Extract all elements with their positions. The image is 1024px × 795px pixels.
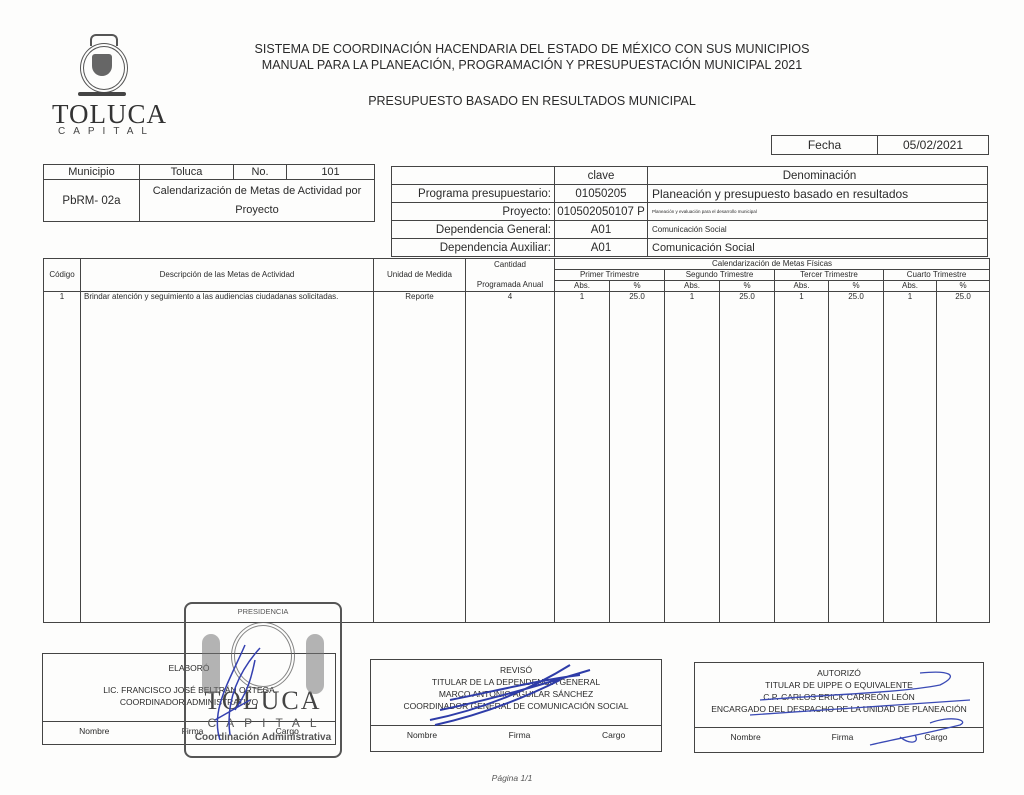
dependencia-auxiliar-row: Dependencia Auxiliar: A01 Comunicación S… [392, 239, 988, 257]
trimestre-3-header: Tercer Trimestre [775, 270, 884, 281]
t3-abs-cell: 1 [775, 292, 829, 623]
header-line-1: SISTEMA DE COORDINACIÓN HACENDARIA DEL E… [20, 42, 1024, 56]
t2-abs-cell: 1 [665, 292, 720, 623]
cantidad-cell: 4 [466, 292, 555, 623]
nombre-label: Nombre [79, 726, 109, 736]
clave-header: clave [555, 167, 648, 185]
no-label: No. [234, 165, 287, 180]
t4-pct-cell: 25.0 [937, 292, 990, 623]
page-number: Página 1/1 [0, 773, 1024, 783]
nombre-label: Nombre [730, 732, 760, 742]
cargo-label: Cargo [602, 730, 625, 740]
t4-abs-cell: 1 [884, 292, 937, 623]
abs-header: Abs. [665, 281, 720, 292]
abs-header: Abs. [884, 281, 937, 292]
t3-pct-cell: 25.0 [829, 292, 884, 623]
table-row: 1 Brindar atención y seguimiento a las a… [44, 292, 990, 623]
descripcion-cell: Brindar atención y seguimiento a las aud… [81, 292, 374, 623]
nombre-label: Nombre [407, 730, 437, 740]
autorizo-name: C.P. CARLOS ERICK CARREÓN LEÓN [695, 691, 983, 703]
abs-header: Abs. [775, 281, 829, 292]
pct-header: % [720, 281, 775, 292]
metas-table: Código Descripción de las Metas de Activ… [43, 258, 990, 623]
stamp-crest-icon [231, 622, 295, 690]
codigo-cell: 1 [44, 292, 81, 623]
header-line-3: PRESUPUESTO BASADO EN RESULTADOS MUNICIP… [20, 94, 1024, 108]
form-code: PbRM- 02a [44, 180, 140, 222]
trimestre-4-header: Cuarto Trimestre [884, 270, 990, 281]
trimestre-2-header: Segundo Trimestre [665, 270, 775, 281]
municipio-label: Municipio [44, 165, 140, 180]
pct-header: % [829, 281, 884, 292]
reviso-name: MARCO ANTONIO AGUILAR SÁNCHEZ [371, 688, 661, 700]
t1-abs-cell: 1 [555, 292, 610, 623]
header-line-2: MANUAL PARA LA PLANEACIÓN, PROGRAMACIÓN … [20, 58, 1024, 72]
autorizo-title: AUTORIZÓ [695, 667, 983, 679]
form-title: Calendarización de Metas de Actividad po… [140, 180, 375, 222]
proyecto-row: Proyecto: 010502050107 P Planeación y ev… [392, 203, 988, 221]
stamp-subtitle: CAPITAL [194, 716, 340, 730]
unidad-cell: Reporte [374, 292, 466, 623]
unidad-header: Unidad de Medida [374, 259, 466, 292]
reviso-box: REVISÓ TITULAR DE LA DEPENDENCIA GENERAL… [370, 659, 662, 752]
dependencia-general-row: Dependencia General: A01 Comunicación So… [392, 221, 988, 239]
no-value: 101 [287, 165, 375, 180]
autorizo-role: ENCARGADO DEL DESPACHO DE LA UNIDAD DE P… [695, 703, 983, 715]
autorizo-line1: TITULAR DE UIPPE O EQUIVALENTE [695, 679, 983, 691]
pct-header: % [937, 281, 990, 292]
municipio-box: Municipio Toluca No. 101 PbRM- 02a Calen… [43, 164, 375, 222]
calendarizacion-header: Calendarización de Metas Físicas [555, 259, 990, 270]
stamp-dept: Coordinación Administrativa [186, 732, 340, 743]
cantidad-header: CantidadProgramada Anual [466, 259, 555, 292]
cargo-label: Cargo [924, 732, 947, 742]
stamp-title: PRESIDENCIA [186, 607, 340, 616]
logo-subtitle: CAPITAL [58, 126, 152, 137]
fecha-value: 05/02/2021 [878, 136, 989, 155]
denominacion-header: Denominación [648, 167, 988, 185]
t2-pct-cell: 25.0 [720, 292, 775, 623]
trimestre-1-header: Primer Trimestre [555, 270, 665, 281]
reviso-title: REVISÓ [371, 664, 661, 676]
presidencia-stamp: PRESIDENCIA TOLUCA CAPITAL Coordinación … [184, 602, 342, 758]
municipio-value: Toluca [140, 165, 234, 180]
firma-label: Firma [509, 730, 531, 740]
abs-header: Abs. [555, 281, 610, 292]
descripcion-header: Descripción de las Metas de Actividad [81, 259, 374, 292]
pct-header: % [610, 281, 665, 292]
reviso-role: COORDINADOR GENERAL DE COMUNICACIÓN SOCI… [371, 700, 661, 712]
codigo-header: Código [44, 259, 81, 292]
reviso-line1: TITULAR DE LA DEPENDENCIA GENERAL [371, 676, 661, 688]
fecha-box: Fecha 05/02/2021 [771, 135, 989, 155]
programa-box: clave Denominación Programa presupuestar… [391, 166, 988, 257]
t1-pct-cell: 25.0 [610, 292, 665, 623]
firma-label: Firma [832, 732, 854, 742]
programa-row: Programa presupuestario: 01050205 Planea… [392, 185, 988, 203]
autorizo-box: AUTORIZÓ TITULAR DE UIPPE O EQUIVALENTE … [694, 662, 984, 753]
fecha-label: Fecha [772, 136, 878, 155]
